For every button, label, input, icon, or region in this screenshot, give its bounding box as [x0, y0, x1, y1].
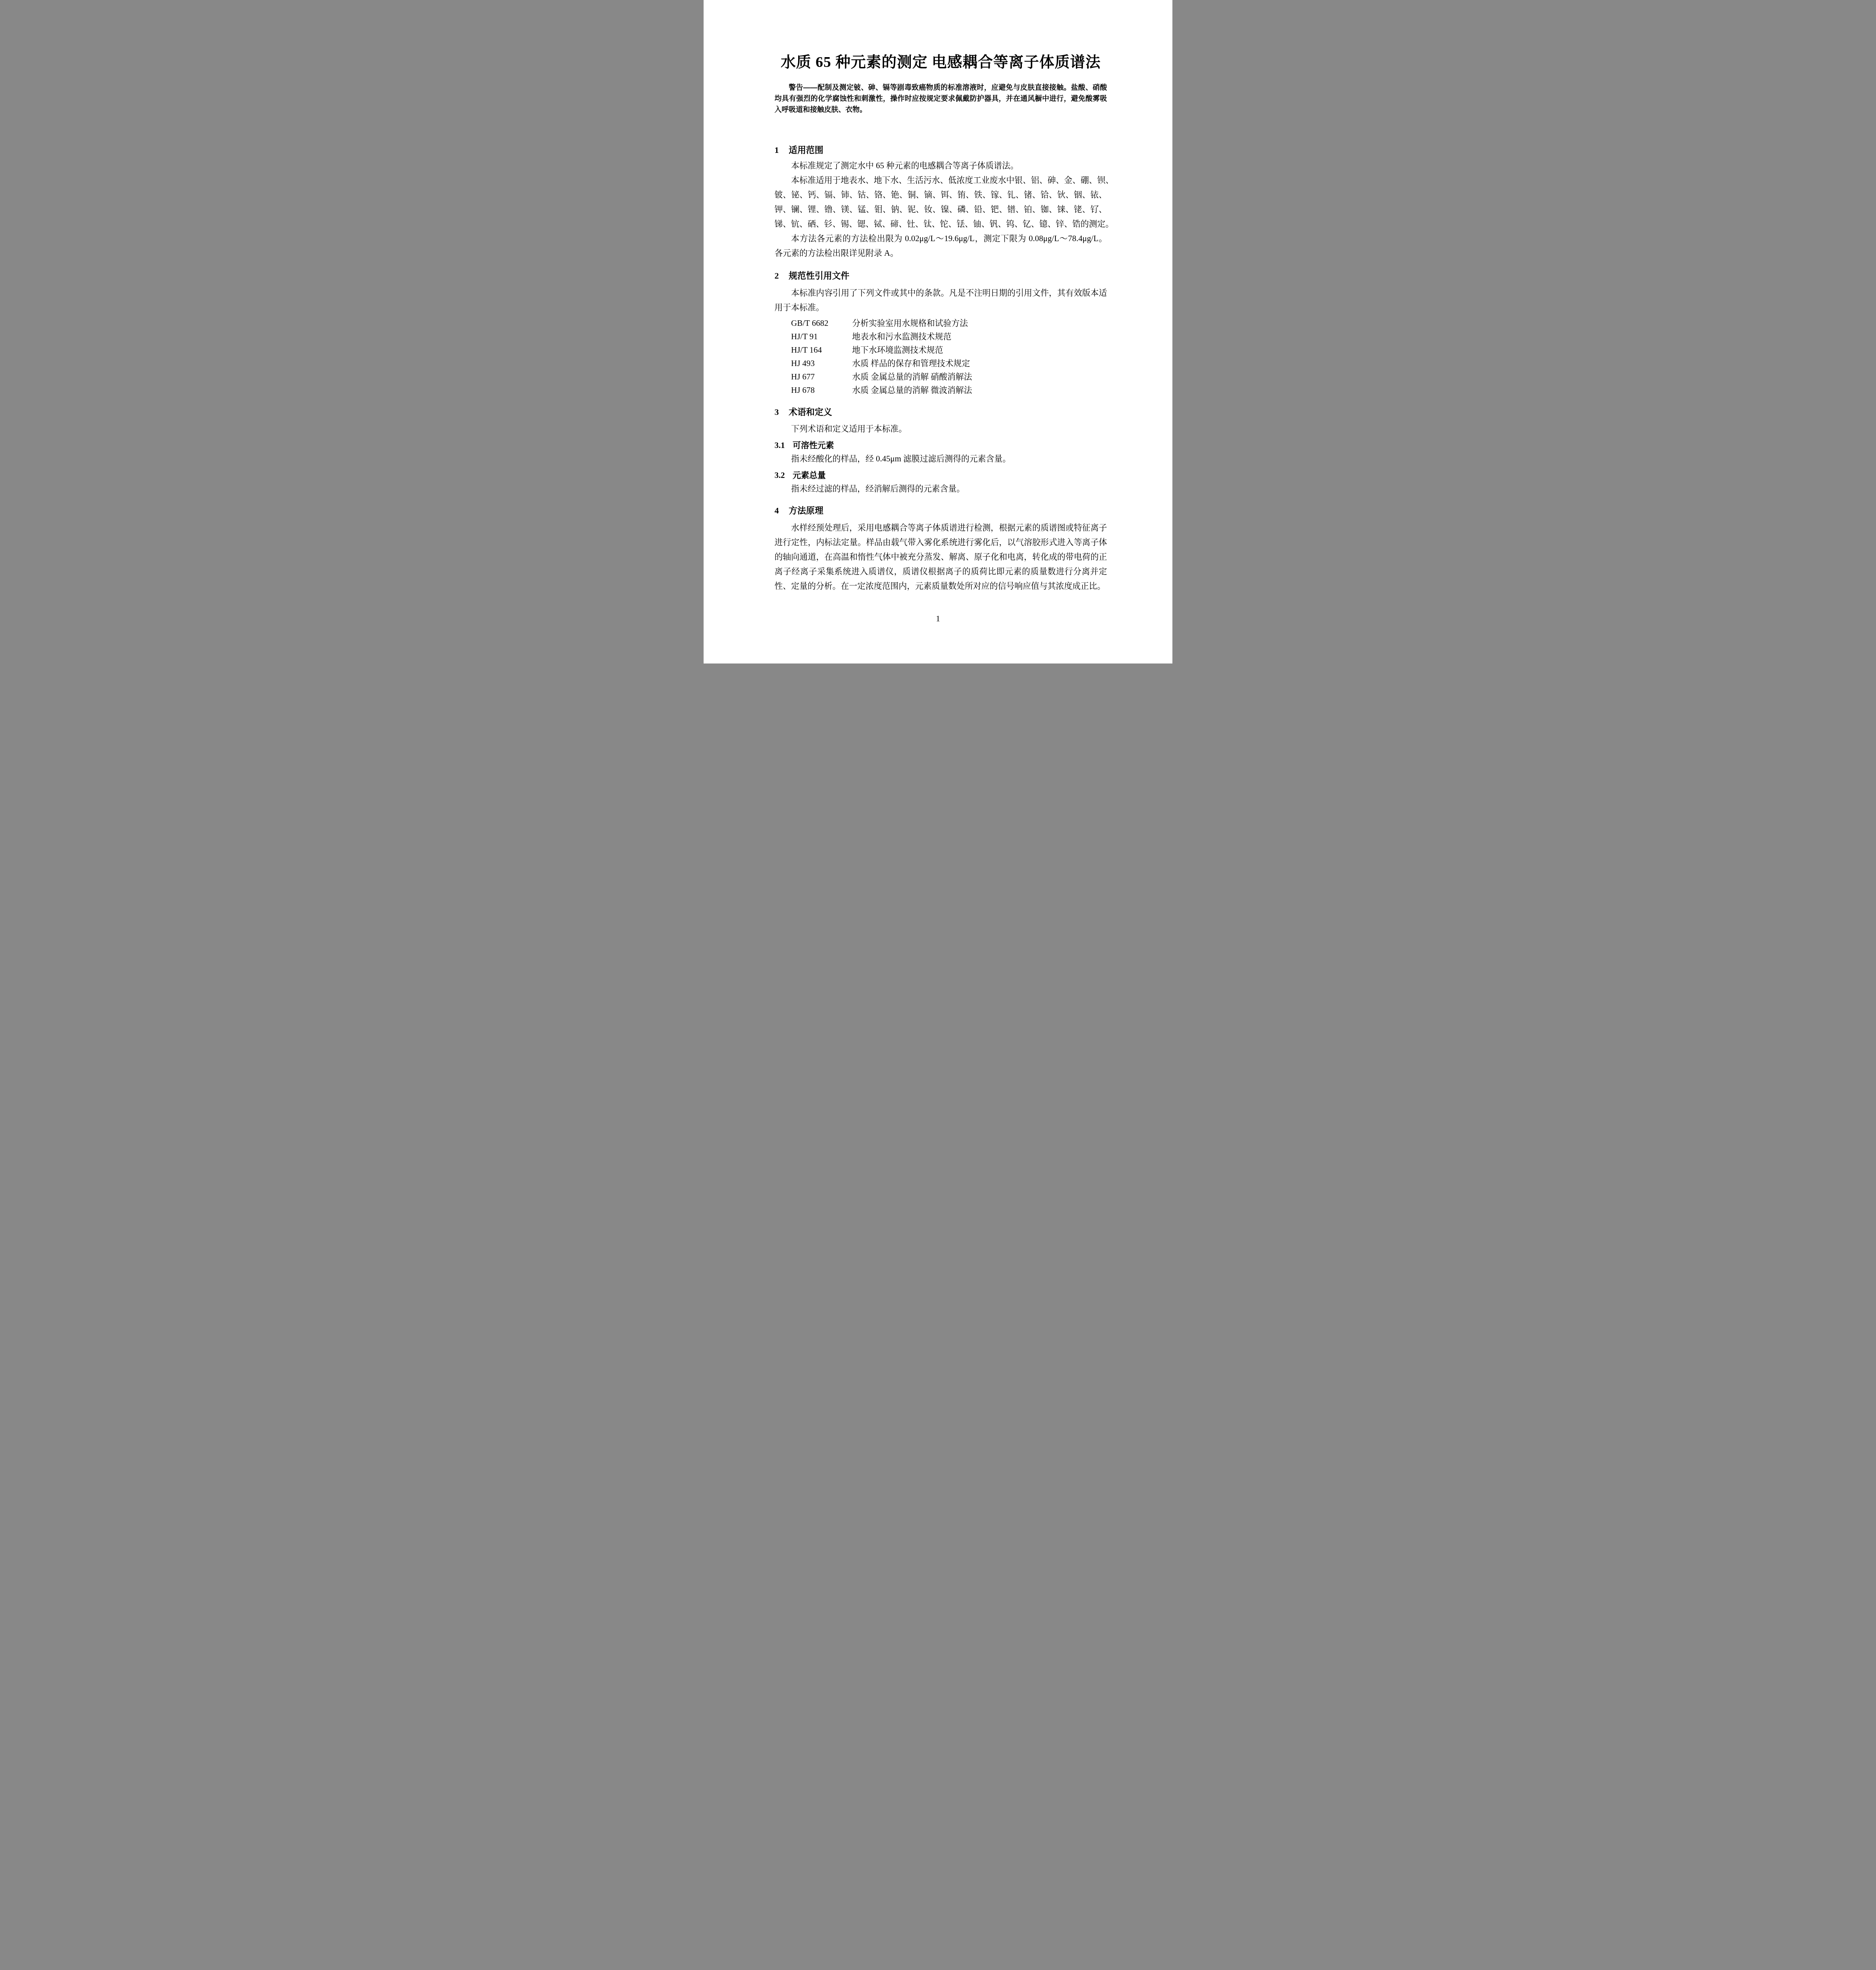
element-token: 钙、	[808, 188, 824, 202]
section-normative-references: 2 规范性引用文件 本标准内容引用了下列文件或其中的条款。凡是不注明日期的引用文…	[775, 270, 1107, 397]
term-title: 可溶性元素	[793, 439, 834, 452]
element-token: 砷、	[1048, 173, 1064, 188]
section-4-title: 方法原理	[789, 505, 823, 517]
element-token: 镓、	[991, 188, 1007, 202]
reference-name: 水质 金属总量的消解 硝酸消解法	[852, 370, 972, 383]
terms-intro: 下列术语和定义适用于本标准。	[775, 422, 1107, 435]
section-1-number: 1	[775, 144, 789, 156]
element-token: 生活污水、	[907, 173, 948, 188]
element-token: 镁、	[841, 202, 858, 217]
element-scope-list: 本标准适用于地表水、地下水、生活污水、低浓度工业废水中银、铝、砷、金、硼、钡、铍…	[775, 173, 1107, 231]
reference-code: HJ 493	[791, 357, 852, 370]
term-title: 元素总量	[793, 468, 826, 482]
element-token: 铯、	[891, 188, 907, 202]
element-token: 磷、	[957, 202, 974, 217]
element-token: 镧、	[791, 202, 808, 217]
element-token: 铜、	[908, 188, 924, 202]
element-token: 锰、	[858, 202, 874, 217]
section-4-heading: 4 方法原理	[775, 505, 1107, 517]
element-token: 钇、	[1023, 217, 1039, 231]
element-token: 钕、	[924, 202, 941, 217]
scope-paragraph-3: 本方法各元素的方法检出限为 0.02μg/L～19.6μg/L，测定下限为 0.…	[775, 231, 1107, 260]
scope-line: 钾、镧、锂、镥、镁、锰、钼、钠、铌、钕、镍、磷、铅、钯、镨、铂、铷、铼、铑、钌、	[775, 202, 1107, 217]
section-4-number: 4	[775, 505, 789, 517]
element-token: 铷、	[1040, 202, 1057, 217]
element-token: 硼、	[1081, 173, 1097, 188]
reference-row: HJ 493水质 样品的保存和管理技术规定	[775, 357, 1107, 370]
element-token: 钍、	[907, 217, 923, 231]
element-token: 铈、	[841, 188, 858, 202]
element-token: 锌、	[1056, 217, 1072, 231]
element-token: 钠、	[891, 202, 907, 217]
element-token: 铬、	[874, 188, 891, 202]
section-terms-definitions: 3 术语和定义 下列术语和定义适用于本标准。 3.1可溶性元素指未经酸化的样品，…	[775, 406, 1107, 495]
element-token: 本标准适用于地表水、	[791, 173, 874, 188]
element-token: 铌、	[908, 202, 924, 217]
element-token: 铽、	[874, 217, 890, 231]
element-token: 锗、	[1024, 188, 1040, 202]
element-token: 钨、	[1006, 217, 1023, 231]
term-heading: 3.1可溶性元素	[775, 439, 1107, 452]
section-method-principle: 4 方法原理 水样经预处理后，采用电感耦合等离子体质谱进行检测，根据元素的质谱图…	[775, 505, 1107, 593]
element-token: 镉、	[825, 188, 841, 202]
element-token: 铁、	[974, 188, 990, 202]
reference-name: 水质 金属总量的消解 微波消解法	[852, 383, 972, 397]
method-principle-paragraph: 水样经预处理后，采用电感耦合等离子体质谱进行检测，根据元素的质谱图或特征离子进行…	[775, 520, 1107, 593]
reference-name: 水质 样品的保存和管理技术规定	[852, 357, 970, 370]
warning-paragraph: 警告——配制及测定铍、砷、镉等剧毒致癌物质的标准溶液时，应避免与皮肤直接接触。盐…	[775, 82, 1107, 115]
reference-row: GB/T 6682分析实验室用水规格和试验方法	[775, 316, 1107, 330]
reference-name: 地表水和污水监测技术规范	[852, 330, 951, 343]
element-token: 钆、	[1007, 188, 1024, 202]
reference-row: HJ 678水质 金属总量的消解 微波消解法	[775, 383, 1107, 397]
reference-name: 分析实验室用水规格和试验方法	[852, 316, 968, 330]
section-2-number: 2	[775, 270, 789, 282]
element-token: 硒、	[808, 217, 824, 231]
reference-code: HJ/T 91	[791, 330, 852, 343]
element-token: 钛、	[923, 217, 940, 231]
element-token: 铊、	[940, 217, 957, 231]
element-token: 钌、	[1090, 202, 1107, 217]
scope-line: 锑、钪、硒、钐、锡、锶、铽、碲、钍、钛、铊、铥、铀、钒、钨、钇、镱、锌、锆的测定…	[775, 217, 1107, 231]
document-page: 水质 65 种元素的测定 电感耦合等离子体质谱法 警告——配制及测定铍、砷、镉等…	[704, 0, 1172, 663]
element-token: 铍、	[775, 188, 791, 202]
element-token: 镝、	[924, 188, 941, 202]
element-token: 铝、	[1031, 173, 1048, 188]
section-3-heading: 3 术语和定义	[775, 406, 1107, 418]
term-definition: 指未经过滤的样品，经消解后测得的元素含量。	[775, 482, 1107, 495]
element-token: 铅、	[974, 202, 990, 217]
term-heading: 3.2元素总量	[775, 468, 1107, 482]
section-2-heading: 2 规范性引用文件	[775, 270, 1107, 282]
section-1-heading: 1 适用范围	[775, 144, 1107, 156]
term-definition: 指未经酸化的样品，经 0.45μm 滤膜过滤后测得的元素含量。	[775, 452, 1107, 465]
element-token: 铕、	[957, 188, 974, 202]
element-token: 铪、	[1040, 188, 1057, 202]
element-token: 钐、	[824, 217, 841, 231]
element-token: 钒、	[990, 217, 1006, 231]
section-3-number: 3	[775, 406, 789, 418]
element-token: 锂、	[808, 202, 824, 217]
element-token: 铥、	[957, 217, 973, 231]
element-token: 铋、	[791, 188, 808, 202]
element-token: 钼、	[874, 202, 891, 217]
section-3-title: 术语和定义	[789, 406, 832, 418]
reference-list: GB/T 6682分析实验室用水规格和试验方法HJ/T 91地表水和污水监测技术…	[775, 316, 1107, 397]
element-token: 镱、	[1039, 217, 1056, 231]
element-token: 铒、	[941, 188, 957, 202]
element-token: 镍、	[941, 202, 957, 217]
element-token: 锶、	[857, 217, 874, 231]
reference-name: 地下水环境监测技术规范	[852, 343, 943, 357]
element-token: 钾、	[775, 202, 791, 217]
section-scope: 1 适用范围 本标准规定了测定水中 65 种元素的电感耦合等离子体质谱法。 本标…	[775, 144, 1107, 260]
reference-code: HJ/T 164	[791, 343, 852, 357]
reference-row: HJ 677水质 金属总量的消解 硝酸消解法	[775, 370, 1107, 383]
element-token: 锑、	[775, 217, 791, 231]
reference-code: HJ 678	[791, 383, 852, 397]
element-token: 钯、	[991, 202, 1007, 217]
element-token: 锆的测定。	[1072, 217, 1114, 231]
element-token: 碲、	[890, 217, 907, 231]
section-1-title: 适用范围	[789, 144, 823, 156]
element-token: 锡、	[841, 217, 857, 231]
reference-row: HJ/T 91地表水和污水监测技术规范	[775, 330, 1107, 343]
scope-paragraph-1: 本标准规定了测定水中 65 种元素的电感耦合等离子体质谱法。	[775, 158, 1107, 173]
element-token: 铱、	[1090, 188, 1107, 202]
element-token: 铀、	[973, 217, 990, 231]
scope-line: 本标准适用于地表水、地下水、生活污水、低浓度工业废水中银、铝、砷、金、硼、钡、	[775, 173, 1107, 188]
term-number: 3.2	[775, 468, 793, 482]
element-token: 铑、	[1074, 202, 1090, 217]
scope-line: 铍、铋、钙、镉、铈、钴、铬、铯、铜、镝、铒、铕、铁、镓、钆、锗、铪、钬、铟、铱、	[775, 188, 1107, 202]
element-token: 金、	[1064, 173, 1081, 188]
page-number: 1	[704, 611, 1172, 626]
element-token: 钴、	[858, 188, 874, 202]
reference-code: GB/T 6682	[791, 316, 852, 330]
references-intro: 本标准内容引用了下列文件或其中的条款。凡是不注明日期的引用文件，其有效版本适用于…	[775, 286, 1107, 315]
element-token: 低浓度工业废水中银、	[948, 173, 1031, 188]
document-title: 水质 65 种元素的测定 电感耦合等离子体质谱法	[775, 0, 1107, 72]
reference-row: HJ/T 164地下水环境监测技术规范	[775, 343, 1107, 357]
element-token: 铼、	[1057, 202, 1074, 217]
element-token: 镨、	[1007, 202, 1024, 217]
section-2-title: 规范性引用文件	[789, 270, 849, 282]
term-number: 3.1	[775, 439, 793, 452]
element-token: 铂、	[1024, 202, 1040, 217]
element-token: 钡、	[1097, 173, 1114, 188]
element-token: 镥、	[825, 202, 841, 217]
element-token: 钬、	[1057, 188, 1074, 202]
reference-code: HJ 677	[791, 370, 852, 383]
terms-list: 3.1可溶性元素指未经酸化的样品，经 0.45μm 滤膜过滤后测得的元素含量。3…	[775, 439, 1107, 495]
element-token: 铟、	[1074, 188, 1090, 202]
element-token: 地下水、	[874, 173, 907, 188]
element-token: 钪、	[791, 217, 808, 231]
